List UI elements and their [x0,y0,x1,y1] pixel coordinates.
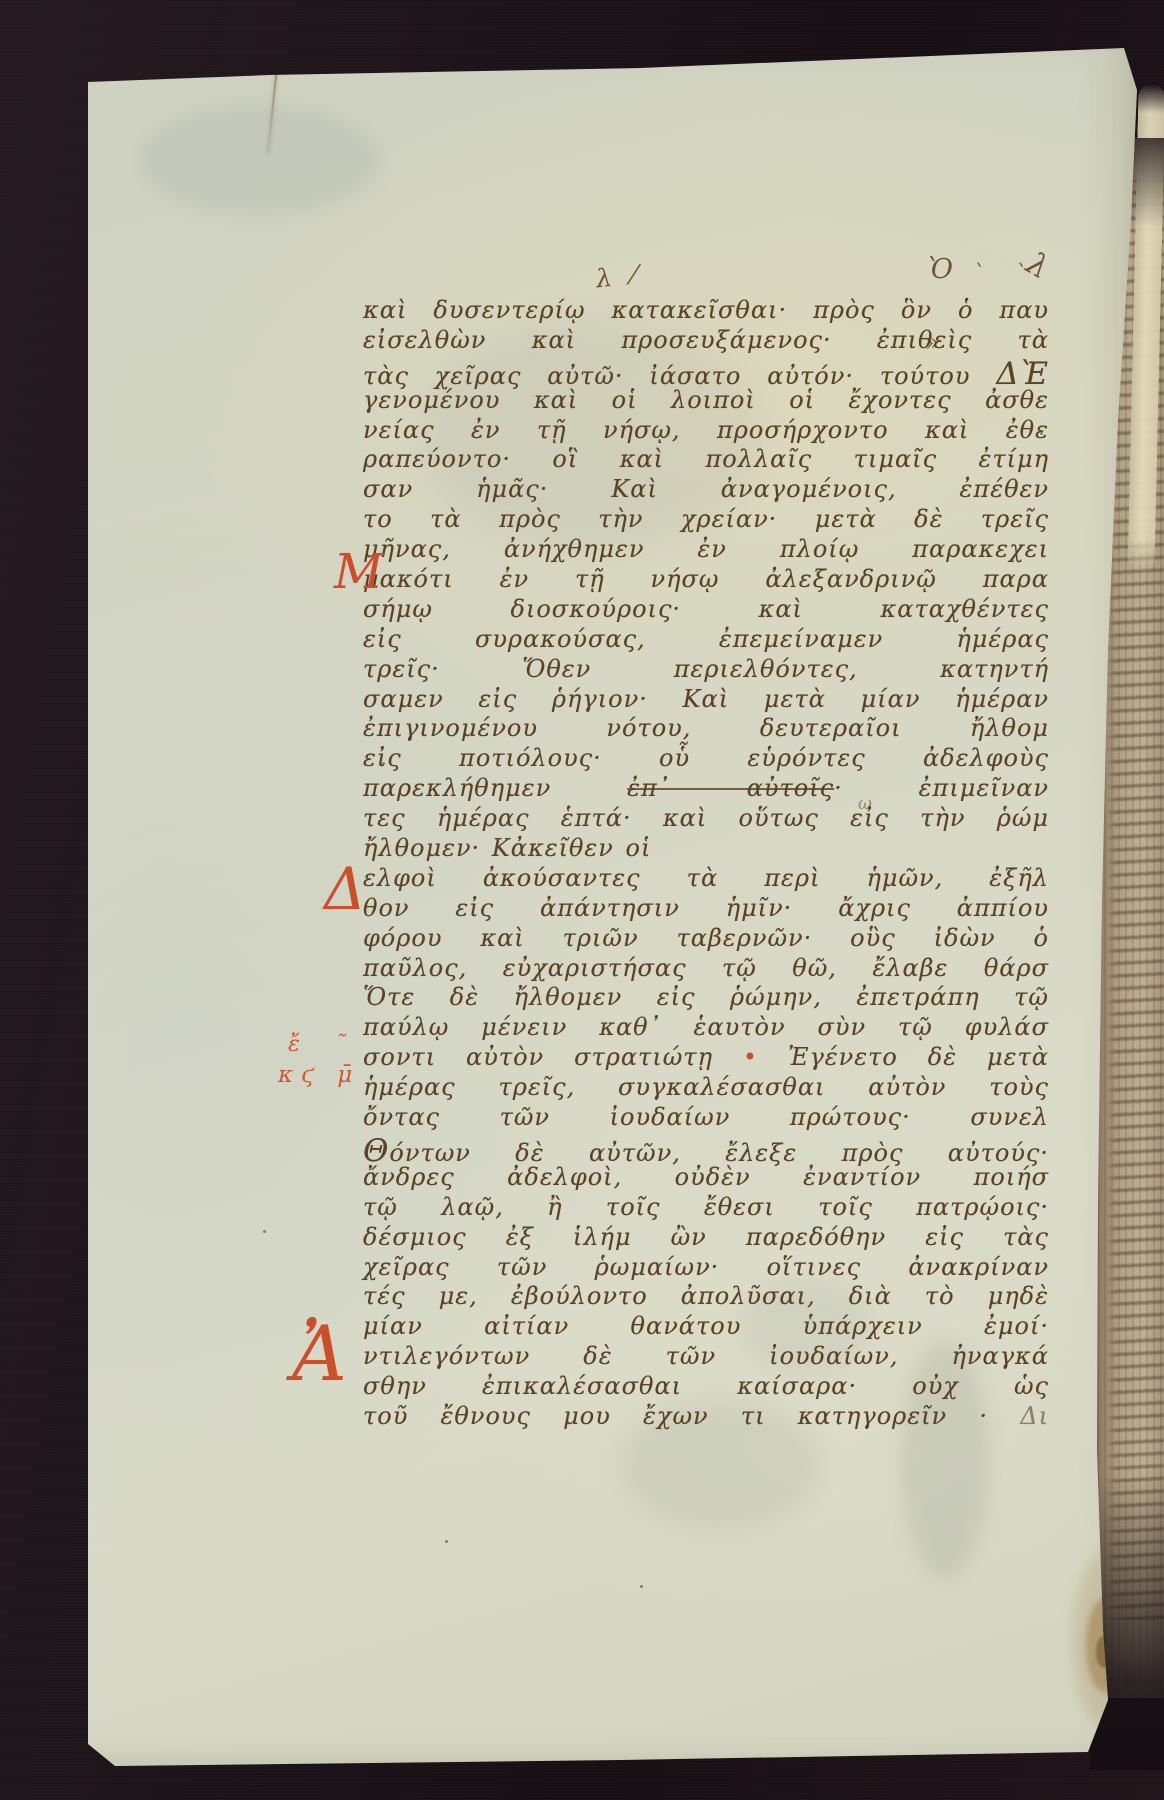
text-line: το τὰ πρὸς τὴν χρείαν· μετὰ δὲ τρεῖς [363,505,1049,535]
text-line: τὰς χεῖρας αὐτῶ· ἰάσατο αὐτόν· τούτου ΔῈ [363,356,1049,386]
text-line: Ὅτε δὲ ἤλθομεν εἰς ῥώμην, ἐπετράπη τῷ [363,983,1049,1013]
text-line: σήμῳ διοσκούροις· καὶ καταχθέντες [363,595,1049,625]
text-segment: παρεκλήθημεν [363,774,627,802]
text-line: εἰσελθὼν καὶ προσευξάμενος· ἐπιθεὶς τὰ [363,326,1049,356]
text-line: μακότι ἐν τῇ νήσῳ ἀλεξανδρινῷ παρα [363,565,1049,595]
quire-mark-omicron: Ὸ [927,254,953,285]
text-line: σθην ἐπικαλέσασθαι καίσαρα· οὐχ ὡς [363,1372,1049,1402]
text-line: εἰς συρακούσας, ἐπεμείναμεν ἡμέρας [363,625,1049,655]
text-line: παύλῳ μένειν καθ᾽ ἑαυτὸν σὺν τῷ φυλάσ [363,1013,1049,1043]
text-segment: Ἐγένετο δὲ μετὰ [758,1043,1049,1071]
text-segment: ἐπ᾽ αὐτοῖς [627,774,834,802]
text-line: ντιλεγόντων δὲ τῶν ἰουδαίων, ἠναγκά [363,1342,1049,1372]
text-segment: ὄντας τῶν ἰουδαίων πρώτους· συνελ [363,1103,1049,1131]
text-segment: νείας ἐν τῇ νήσῳ, προσήρχοντο καὶ ἐθε [363,416,1049,444]
text-segment: σοντι αὐτὸν στρατιώτῃ [363,1043,743,1071]
text-line: σοντι αὐτὸν στρατιώτῃ • Ἐγένετο δὲ μετὰ [363,1043,1049,1073]
text-segment: παῦλος, εὐχαριστήσας τῷ θῶ, ἔλαβε θάρσ [363,954,1049,982]
text-line: ραπεύοντο· οἳ καὶ πολλαῖς τιμαῖς ἐτίμη [363,445,1049,475]
text-segment: καὶ δυσεντερίῳ κατακεῖσθαι· πρὸς ὃν ὁ πα… [363,296,1049,324]
text-segment: το τὰ πρὸς τὴν χρείαν· μετὰ δὲ τρεῖς [363,505,1049,533]
text-segment: εἰς συρακούσας, ἐπεμείναμεν ἡμέρας [363,625,1049,653]
text-segment: τῷ λαῷ, ἢ τοῖς ἔθεσι τοῖς πατρῴοις· [363,1193,1049,1221]
text-line: σαμεν εἰς ῥήγιον· Καὶ μετὰ μίαν ἡμέραν [363,685,1049,715]
text-segment: τρεῖς· Ὅθεν περιελθόντες, κατηντή [363,655,1049,683]
margin-mark-lambda-slash: λ ⁄ [595,260,644,294]
text-line: παρεκλήθημεν ἐπ᾽ αὐτοῖς· ἐπιμεῖναν [363,774,1049,804]
text-line: μίαν αἰτίαν θανάτου ὑπάρχειν ἐμοί· [363,1312,1049,1342]
text-segment: παύλῳ μένειν καθ᾽ ἑαυτὸν σὺν τῷ φυλάσ [363,1013,1049,1041]
text-segment: σαμεν εἰς ῥήγιον· Καὶ μετὰ μίαν ἡμέραν [363,685,1049,713]
text-segment: σθην ἐπικαλέσασθαι καίσαρα· οὐχ ὡς [363,1372,1049,1400]
text-segment: μίαν αἰτίαν θανάτου ὑπάρχειν ἐμοί· [363,1312,1049,1340]
text-line: ἐπιγινομένου νότου, δευτεραῖοι ἤλθομ [363,714,1049,744]
rubric-dot: • [743,1043,758,1071]
text-line: ὄντας τῶν ἰουδαίων πρώτους· συνελ [363,1103,1049,1133]
text-line: μῆνας, ἀνήχθημεν ἐν πλοίῳ παρακεχει [363,535,1049,565]
text-line: τοῦ ἔθνους μου ἔχων τι κατηγορεῖν · Δι [363,1402,1049,1432]
text-segment: ἄνδρες ἀδελφοὶ, οὐδὲν ἐναντίον ποιήσ [363,1163,1049,1191]
chapter-number-mark-top: ἔ ˜ [288,1032,360,1057]
speck [445,1540,448,1543]
text-segment: μακότι ἐν τῇ νήσῳ ἀλεξανδρινῷ παρα [363,565,1049,593]
text-line: τῷ λαῷ, ἢ τοῖς ἔθεσι τοῖς πατρῴοις· [363,1193,1049,1223]
text-line: Θόντων δὲ αὐτῶν, ἔλεξε πρὸς αὐτούς· [363,1133,1049,1163]
text-segment: ἤλθομεν· Κἀκεῖθεν οἱ [363,834,651,862]
text-line: δέσμιος ἐξ ἱλήμ ὢν παρεδόθην εἰς τὰς [363,1223,1049,1253]
text-segment: ἡμέρας τρεῖς, συγκαλέσασθαι αὐτὸν τοὺς [363,1073,1049,1101]
text-segment: γενομένου καὶ οἱ λοιποὶ οἱ ἔχοντες ἀσθε [363,386,1049,414]
parchment-page: λ ⁄ Ὸ ˋ ˋ λ » ω ἔ ˜ κϛ μ̄ καὶ δυσεντερίῳ… [0,0,1164,1800]
text-line: ἤλθομεν· Κἀκεῖθεν οἱ [363,834,1049,864]
text-segment: εἰς ποτιόλους· οὗ εὑρόντες ἀδελφοὺς [363,744,1049,772]
manuscript-photograph: λ ⁄ Ὸ ˋ ˋ λ » ω ἔ ˜ κϛ μ̄ καὶ δυσεντερίῳ… [0,0,1164,1800]
text-line: θον εἰς ἀπάντησιν ἡμῖν· ἄχρις ἀππίου [363,894,1049,924]
text-line: ελφοὶ ἀκούσαντες τὰ περὶ ἡμῶν, ἐξῆλ [363,864,1049,894]
text-line: νείας ἐν τῇ νήσῳ, προσήρχοντο καὶ ἐθε [363,416,1049,446]
text-line: εἰς ποτιόλους· οὗ εὑρόντες ἀδελφοὺς [363,744,1049,774]
rubric-initial-Δ: Δ [324,860,366,918]
text-line: γενομένου καὶ οἱ λοιποὶ οἱ ἔχοντες ἀσθε [363,386,1049,416]
text-line: τρεῖς· Ὅθεν περιελθόντες, κατηντή [363,655,1049,685]
text-segment: Δι [1020,1402,1049,1430]
text-segment: ντιλεγόντων δὲ τῶν ἰουδαίων, ἠναγκά [363,1342,1049,1370]
text-line: τές με, ἐβούλοντο ἀπολῦσαι, διὰ τὸ μηδὲ [363,1282,1049,1312]
text-segment: σήμῳ διοσκούροις· καὶ καταχθέντες [363,595,1049,623]
text-segment: τες ἡμέρας ἑπτά· καὶ οὕτως εἰς τὴν ῥώμ [363,804,1049,832]
text-line: ἄνδρες ἀδελφοὶ, οὐδὲν ἐναντίον ποιήσ [363,1163,1049,1193]
text-line: τες ἡμέρας ἑπτά· καὶ οὕτως εἰς τὴν ῥώμ [363,804,1049,834]
text-segment: ελφοὶ ἀκούσαντες τὰ περὶ ἡμῶν, ἐξῆλ [363,864,1049,892]
text-segment: τοῦ ἔθνους μου ἔχων τι κατηγορεῖν · [363,1402,1020,1430]
smudge [140,105,380,215]
text-segment: σαν ἡμᾶς· Καὶ ἀναγομένοις, ἐπέθεν [363,475,1049,503]
text-line: χεῖρας τῶν ῥωμαίων· οἵτινες ἀνακρίναν [363,1253,1049,1283]
text-segment: Ὅτε δὲ ἤλθομεν εἰς ῥώμην, ἐπετράπη τῷ [363,983,1049,1011]
text-segment: ἐπιγινομένου νότου, δευτεραῖοι ἤλθομ [363,714,1049,742]
text-line: καὶ δυσεντερίῳ κατακεῖσθαι· πρὸς ὃν ὁ πα… [363,296,1049,326]
text-block: καὶ δυσεντερίῳ κατακεῖσθαι· πρὸς ὃν ὁ πα… [363,296,1049,1432]
rubric-initial-Ἀ: Ἀ [292,1316,347,1392]
text-segment: τές με, ἐβούλοντο ἀπολῦσαι, διὰ τὸ μηδὲ [363,1282,1049,1310]
text-segment: · ἐπιμεῖναν [834,774,1049,802]
chapter-number-mark-bottom: κϛ μ̄ [278,1062,360,1088]
text-segment: εἰσελθὼν καὶ προσευξάμενος· ἐπιθεὶς τὰ [363,326,1049,354]
text-line: ἡμέρας τρεῖς, συγκαλέσασθαι αὐτὸν τοὺς [363,1073,1049,1103]
speck [263,1230,266,1233]
text-line: παῦλος, εὐχαριστήσας τῷ θῶ, ἔλαβε θάρσ [363,954,1049,984]
text-segment: φόρου καὶ τριῶν ταβερνῶν· οὓς ἰδὼν ὁ [363,924,1049,952]
text-segment: χεῖρας τῶν ῥωμαίων· οἵτινες ἀνακρίναν [363,1253,1049,1281]
text-segment: μῆνας, ἀνήχθημεν ἐν πλοίῳ παρακεχει [363,535,1049,563]
text-segment: ραπεύοντο· οἳ καὶ πολλαῖς τιμαῖς ἐτίμη [363,445,1049,473]
text-line: σαν ἡμᾶς· Καὶ ἀναγομένοις, ἐπέθεν [363,475,1049,505]
text-segment: δέσμιος ἐξ ἱλήμ ὢν παρεδόθην εἰς τὰς [363,1223,1049,1251]
speck [640,1585,643,1588]
text-line: φόρου καὶ τριῶν ταβερνῶν· οὓς ἰδὼν ὁ [363,924,1049,954]
rubric-initial-Μ: Μ [334,548,383,596]
text-segment: θον εἰς ἀπάντησιν ἡμῖν· ἄχρις ἀππίου [363,894,1049,922]
